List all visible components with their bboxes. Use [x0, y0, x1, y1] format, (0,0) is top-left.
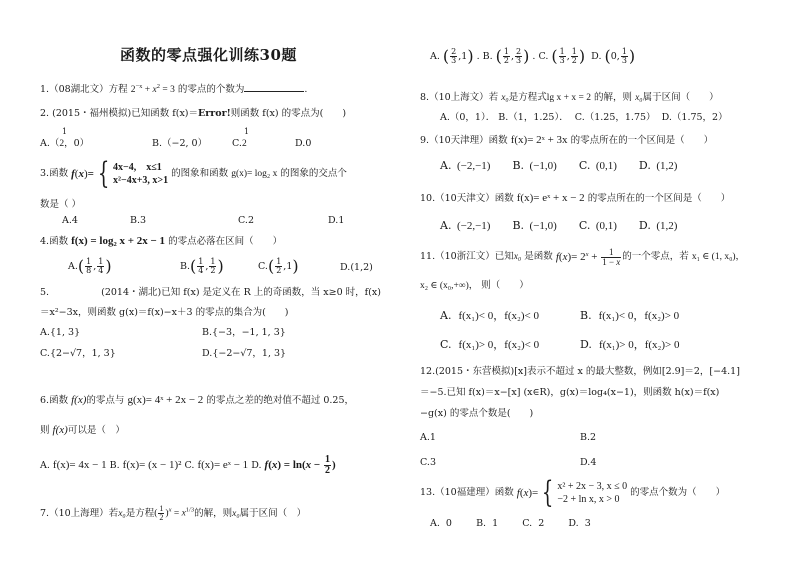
- question-number: 5.: [40, 287, 49, 298]
- question-stem: 的零点所在的一个区间是（ ）: [571, 135, 714, 146]
- question-10: 10.（10天津文）函数 f(x)= eˣ + x − 2 的零点所在的一个区间…: [420, 192, 730, 205]
- option-label: D.: [568, 518, 578, 529]
- question-number: 8.: [420, 92, 429, 103]
- option-text: （1.75，2）: [672, 112, 728, 123]
- question-7-options: A. (23,1) . B. (12,23) . C. (13,12) D. (…: [430, 48, 635, 65]
- question-number: 11.: [420, 251, 435, 263]
- question-stem: 的图象和函数: [171, 168, 228, 180]
- question-stem: 则: [40, 425, 50, 436]
- option-text: （1，1.25）．: [508, 112, 568, 123]
- option-c[interactable]: C. (0,1): [579, 219, 617, 232]
- option-text: f(x) = ln(x − 12): [265, 459, 336, 471]
- function-f: f(x): [71, 394, 86, 406]
- option-label: D.: [580, 338, 592, 351]
- option-b[interactable]: B. 1: [476, 518, 498, 529]
- question-number: 1.: [40, 84, 49, 95]
- question-source: （10天津理）: [429, 135, 489, 146]
- option-b[interactable]: B.(14,12): [180, 258, 224, 275]
- question-stem: 属于区间（ ）: [643, 92, 719, 103]
- equation: 2−x + x2 = 3: [131, 85, 175, 95]
- option-b[interactable]: B. (−1,0): [512, 159, 556, 172]
- case-1: 4x−4, x≤1: [113, 161, 168, 174]
- question-stem: 的图象的交点个: [280, 168, 347, 180]
- question-source: (2014・湖北): [101, 287, 161, 298]
- fraction-numerator: 1: [244, 126, 249, 138]
- question-stem: 是函数: [524, 251, 553, 263]
- option-a[interactable]: A. f(x)= 4x − 1: [40, 459, 107, 472]
- option-label: B.: [512, 159, 524, 172]
- option-text: 4: [72, 215, 78, 226]
- var-x0: x₀: [635, 93, 643, 103]
- question-stem: 的零点与: [86, 395, 124, 406]
- option-c[interactable]: C.(12,1): [258, 258, 299, 275]
- option-text: 3: [585, 518, 591, 529]
- punctuation: .: [304, 84, 307, 95]
- option-label: B.: [476, 518, 486, 529]
- option-d[interactable]: D.1: [328, 215, 344, 227]
- option-text: 2: [590, 432, 596, 443]
- option-b[interactable]: B.（1，1.25）．: [498, 112, 568, 123]
- question-stem: 已知函数 f(x)＝: [131, 108, 198, 119]
- question-12-line3: −g(x) 的零点个数是( ): [420, 408, 533, 420]
- option-b[interactable]: B. f(x₁)< 0，f(x₂)> 0: [580, 310, 679, 322]
- question-stem: 的零点之差的绝对值不超过 0.25，: [206, 395, 354, 406]
- question-stem: 可以是（ ）: [68, 425, 125, 436]
- option-text: f(x)= eˣ − 1: [197, 459, 248, 471]
- question-stem: 的零点所在的一个区间是（ ）: [588, 193, 731, 204]
- question-stem: 若: [109, 508, 119, 520]
- option-text: {−3，−1, 1, 3}: [212, 327, 286, 338]
- function-f: f(x)=: [517, 487, 539, 499]
- question-8: 8.（10上海文）若 x₀是方程式lg x + x = 2 的解，则 x₀属于区…: [420, 92, 719, 104]
- function-f: f(x) = log₂ x + 2x − 1: [71, 235, 165, 247]
- question-number: 13.: [420, 487, 435, 499]
- option-label: D.: [662, 112, 672, 123]
- question-stem: 若: [489, 92, 499, 103]
- option-label: C.: [40, 348, 50, 359]
- question-stem: 的零点必落在区间（ ）: [168, 236, 282, 247]
- option-text: f(x)= (x − 1)²: [123, 459, 182, 471]
- option-text: {2−√7，1, 3}: [50, 348, 116, 359]
- option-text: 1: [338, 215, 344, 226]
- var-x0: x₀: [514, 251, 522, 263]
- option-label: C.: [579, 159, 591, 172]
- option-label: D.: [639, 159, 651, 172]
- option-text: 2: [248, 215, 254, 226]
- question-11-line2: x₂ ∈ (x₀,+∞)， 则（ ）: [420, 280, 529, 292]
- option-label: A.: [440, 112, 450, 123]
- option-text: (−1,0): [530, 220, 557, 232]
- question-5-line2: ＝x²−3x，则函数 g(x)＝f(x)−x＋3 的零点的集合为( ): [40, 307, 288, 319]
- question-6: 6.函数 f(x)的零点与 g(x)= 4ˣ + 2x − 2 的零点之差的绝对…: [40, 394, 354, 407]
- function-f: f(x)= 2x + 11 − x: [556, 248, 622, 267]
- piecewise-cases: 4x−4, x≤1 x²−4x+3, x>1: [113, 161, 168, 187]
- option-text: (1,2): [656, 160, 677, 172]
- question-stem: 的零点的个数为: [178, 84, 245, 95]
- question-3: 3.函数 f(x)= { 4x−4, x≤1 x²−4x+3, x>1 的图象和…: [40, 160, 347, 188]
- option-d[interactable]: D. f(x) = ln(x − 12): [251, 455, 335, 476]
- option-label: D.: [328, 215, 338, 226]
- question-9-options: A. (−2,−1) B. (−1,0) C. (0,1) D. (1,2): [440, 160, 677, 172]
- var-x0: x₀: [118, 508, 126, 520]
- question-8-options: A.（0，1）． B.（1，1.25）． C.（1.25，1.75） D.（1.…: [440, 112, 728, 124]
- option-text: (−2,−1): [457, 220, 490, 232]
- option-d[interactable]: D. (1,2): [639, 219, 678, 232]
- option-text: 3: [140, 215, 146, 226]
- question-stem: 方程: [109, 84, 128, 95]
- option-text: 1: [492, 518, 498, 529]
- option-c[interactable]: C.{2−√7，1, 3}: [40, 348, 116, 360]
- question-stem: 函数: [489, 135, 508, 146]
- option-text: 0: [305, 138, 311, 149]
- question-source: (2015・东营模拟): [435, 366, 514, 377]
- option-text: (1,2): [656, 220, 677, 232]
- option-label: A.: [440, 159, 451, 172]
- question-3-line2: 数是（ ）: [40, 199, 81, 211]
- question-stem: 的解，则: [194, 508, 232, 520]
- option-text: {1, 3}: [50, 327, 80, 338]
- option-d[interactable]: D. (1,2): [639, 159, 678, 172]
- option-label: B.: [512, 219, 524, 232]
- fraction-numerator: 1: [62, 126, 67, 138]
- option-b[interactable]: B.3: [130, 215, 146, 227]
- option-d[interactable]: D.4: [580, 457, 596, 469]
- option-label: A.: [420, 432, 430, 443]
- option-a[interactable]: A.（0，1）．: [440, 112, 495, 123]
- option-c[interactable]: . C. (13,12): [529, 48, 585, 65]
- question-stem: 函数: [495, 193, 514, 204]
- option-label: B.: [580, 309, 592, 322]
- brace: {: [98, 161, 109, 187]
- option-d[interactable]: D. 3: [568, 518, 590, 529]
- option-b[interactable]: B. f(x)= (x − 1)²: [110, 459, 182, 472]
- option-text: {−2−√7，1, 3}: [212, 348, 286, 359]
- x1-range: x₁ ∈ (1, x₀)，: [692, 251, 745, 263]
- option-text: （0，1）．: [450, 112, 495, 123]
- option-text: f(x₁)> 0，f(x₂)> 0: [599, 339, 680, 351]
- question-stem: 是方程: [126, 508, 155, 520]
- question-source: （10福建理）: [435, 487, 495, 499]
- option-a[interactable]: A.(18,14): [68, 258, 112, 275]
- function-g: g(x)= log₂ x: [231, 168, 277, 180]
- option-label: A.: [62, 215, 72, 226]
- question-number: 4.: [40, 236, 49, 247]
- option-c[interactable]: C.2: [238, 215, 254, 227]
- question-stem: 属于区间（ ）: [240, 508, 307, 520]
- option-a[interactable]: A.{1, 3}: [40, 327, 80, 339]
- question-12: 12.(2015・东营模拟)[x]表示不超过 x 的最大整数，例如[2.9]＝2…: [420, 366, 740, 378]
- function-g: g(x)= 4ˣ + 2x − 2: [127, 394, 203, 406]
- option-text: （1.25，1.75）: [585, 112, 656, 123]
- brace: {: [542, 480, 553, 506]
- option-a[interactable]: A. (−2,−1): [440, 159, 490, 172]
- piecewise-cases: x² + 2x − 3, x ≤ 0 −2 + ln x, x > 0: [557, 480, 627, 506]
- question-13: 13.（10福建理）函数 f(x)= { x² + 2x − 3, x ≤ 0 …: [420, 478, 725, 508]
- question-5: 5. (2014・湖北)已知 f(x) 是定义在 R 上的奇函数，当 x≥0 时…: [40, 287, 381, 299]
- option-d[interactable]: D.{−2−√7，1, 3}: [202, 348, 286, 360]
- option-a[interactable]: A.4: [62, 215, 78, 227]
- case-1: x² + 2x − 3, x ≤ 0: [557, 480, 627, 493]
- question-stem: 的一个零点，若: [622, 251, 689, 263]
- option-text: （−2, 0）: [162, 138, 207, 149]
- question-source: （10天津文）: [435, 193, 495, 204]
- question-stem: 的零点个数为（ ）: [630, 487, 725, 499]
- equals: =: [88, 168, 94, 180]
- question-number: 3.: [40, 168, 49, 180]
- option-label: C.: [440, 338, 452, 351]
- option-label: B.: [152, 138, 162, 149]
- option-text: f(x₁)> 0，f(x₂)< 0: [459, 339, 540, 351]
- error-text: Error!: [198, 108, 231, 119]
- option-text: 0: [446, 518, 452, 529]
- option-label: A.: [430, 518, 440, 529]
- option-label: C.: [522, 518, 532, 529]
- option-d[interactable]: D.0: [295, 138, 311, 150]
- question-source: （10上海文）: [429, 92, 489, 103]
- option-d[interactable]: D. f(x₁)> 0，f(x₂)> 0: [580, 339, 680, 351]
- question-source: （10浙江文）: [435, 251, 495, 263]
- option-label: D.: [340, 262, 350, 273]
- option-c[interactable]: C.（1.25，1.75）: [575, 112, 656, 123]
- question-13-options: A. 0 B. 1 C. 2 D. 3: [430, 518, 591, 530]
- question-stem: 已知 f(x) 是定义在 R 上的奇函数，当 x≥0 时，f(x): [161, 287, 381, 298]
- option-label: D.: [251, 460, 261, 471]
- question-source: （08湖北文）: [49, 84, 109, 95]
- function-f: f(x)= eˣ + x − 2: [517, 192, 585, 204]
- option-a[interactable]: A. 0: [430, 518, 452, 529]
- question-1: 1.（08湖北文）方程 2−x + x2 = 3 的零点的个数为.: [40, 82, 307, 96]
- option-a[interactable]: A. f(x₁)< 0，f(x₂)< 0: [440, 310, 539, 322]
- option-c[interactable]: C. f(x₁)> 0，f(x₂)< 0: [440, 339, 539, 351]
- question-2: 2. (2015・福州模拟)已知函数 f(x)＝Error!则函数 f(x) 的…: [40, 108, 346, 120]
- question-stem: 函数: [495, 487, 514, 499]
- question-stem: 函数: [49, 395, 68, 406]
- option-text: 1: [430, 432, 436, 443]
- question-number: 10.: [420, 193, 435, 204]
- equation: lg x + x = 2: [547, 93, 591, 103]
- function-f: f(x)= 2ˣ + 3x: [511, 134, 568, 146]
- option-text: (0,1): [596, 220, 617, 232]
- option-c[interactable]: C. 2: [522, 518, 544, 529]
- question-source: （10上海理）: [49, 508, 109, 520]
- option-c[interactable]: C.2: [232, 138, 247, 150]
- option-text: f(x)= 4x − 1: [53, 459, 107, 471]
- option-a[interactable]: A.1: [420, 432, 436, 444]
- option-label: B.: [130, 215, 140, 226]
- question-stem: 则（ ）: [481, 280, 529, 291]
- function-f: f(x): [53, 424, 68, 436]
- question-stem: 的解，则: [594, 92, 632, 103]
- option-c[interactable]: C. (0,1): [579, 159, 617, 172]
- option-b[interactable]: B.{−3，−1, 1, 3}: [202, 327, 286, 339]
- question-stem: [x]表示不超过 x 的最大整数，例如[2.9]＝2，[−4.1]: [514, 366, 740, 377]
- option-label: D.: [639, 219, 651, 232]
- question-11: 11.（10浙江文）已知x₀ 是函数 f(x)= 2x + 11 − x 的一个…: [420, 245, 745, 269]
- option-b[interactable]: B.（−2, 0）: [152, 138, 207, 150]
- option-label: D.: [202, 348, 212, 359]
- option-a[interactable]: A.（2，0）: [40, 138, 89, 150]
- question-number: 9.: [420, 135, 429, 146]
- x2-range: x₂ ∈ (x₀,+∞)，: [420, 281, 478, 291]
- question-stem: 函数: [49, 236, 68, 247]
- case-2: x²−4x+3, x>1: [113, 174, 168, 187]
- option-text: (−1,0): [530, 160, 557, 172]
- question-stem: 是方程式: [509, 92, 547, 103]
- option-label: B.: [580, 432, 590, 443]
- option-d[interactable]: D.（1.75，2）: [662, 112, 728, 123]
- option-label: B.: [202, 327, 212, 338]
- option-d[interactable]: D.(1,2): [340, 262, 373, 274]
- option-label: A.: [40, 460, 50, 471]
- option-b[interactable]: B. (−1,0): [512, 219, 556, 232]
- option-c[interactable]: C.3: [420, 457, 436, 469]
- question-stem: 则函数 f(x) 的零点为( ): [231, 108, 346, 119]
- option-label: B.: [110, 460, 120, 471]
- question-source: (2015・福州模拟): [52, 108, 131, 119]
- option-text: f(x₁)< 0，f(x₂)> 0: [599, 310, 680, 322]
- option-text: f(x₁)< 0，f(x₂)< 0: [458, 310, 539, 322]
- question-stem: 已知: [495, 251, 514, 263]
- question-7: 7.（10上海理）若 x₀是方程 (12)x = x1/3 的解，则x₀属于区间…: [40, 505, 306, 522]
- option-label: A.: [440, 219, 451, 232]
- option-label: D.: [295, 138, 305, 149]
- question-6-line2: 则 f(x)可以是（ ）: [40, 424, 125, 437]
- question-stem: 函数: [49, 168, 68, 180]
- option-text: (0,1): [596, 160, 617, 172]
- option-text: 3: [430, 457, 436, 468]
- option-label: A.: [40, 327, 50, 338]
- question-number: 2.: [40, 108, 49, 119]
- option-label: B.: [498, 112, 508, 123]
- option-text: (−2,−1): [457, 160, 490, 172]
- question-10-options: A. (−2,−1) B. (−1,0) C. (0,1) D. (1,2): [440, 220, 677, 232]
- answer-blank[interactable]: [244, 82, 304, 92]
- option-d[interactable]: D. (0,13): [585, 48, 635, 65]
- option-b[interactable]: . B. (12,23): [474, 48, 530, 65]
- question-4: 4.函数 f(x) = log₂ x + 2x − 1 的零点必落在区间（ ）: [40, 235, 282, 248]
- option-text: (1,2): [350, 262, 373, 273]
- option-b[interactable]: B.2: [580, 432, 596, 444]
- question-6-options: A. f(x)= 4x − 1 B. f(x)= (x − 1)² C. f(x…: [40, 455, 336, 476]
- page-title: 函数的零点强化训练30题: [120, 44, 297, 65]
- option-a[interactable]: A. (23,1): [430, 48, 474, 65]
- option-label: C.: [238, 215, 248, 226]
- question-9: 9.（10天津理）函数 f(x)= 2ˣ + 3x 的零点所在的一个区间是（ ）: [420, 134, 713, 147]
- option-text: 4: [590, 457, 596, 468]
- option-label: D.: [580, 457, 590, 468]
- option-label: C.: [420, 457, 430, 468]
- option-text: 2: [538, 518, 544, 529]
- option-label: C.: [184, 460, 194, 471]
- option-a[interactable]: A. (−2,−1): [440, 219, 490, 232]
- option-label: C.: [575, 112, 585, 123]
- question-12-line2: ＝−5.已知 f(x)＝x−[x] (x∈R)，g(x)＝log₄(x−1)，则…: [420, 387, 719, 399]
- question-number: 7.: [40, 508, 49, 520]
- question-number: 12.: [420, 366, 435, 377]
- option-label: A.: [440, 309, 451, 322]
- option-c[interactable]: C. f(x)= eˣ − 1: [184, 459, 248, 472]
- case-2: −2 + ln x, x > 0: [557, 493, 627, 506]
- option-label: C.: [579, 219, 591, 232]
- var-x0: x₀: [501, 93, 509, 103]
- question-number: 6.: [40, 395, 49, 406]
- equation: (12)x = x1/3: [154, 505, 194, 522]
- var-x0: x₀: [232, 508, 240, 520]
